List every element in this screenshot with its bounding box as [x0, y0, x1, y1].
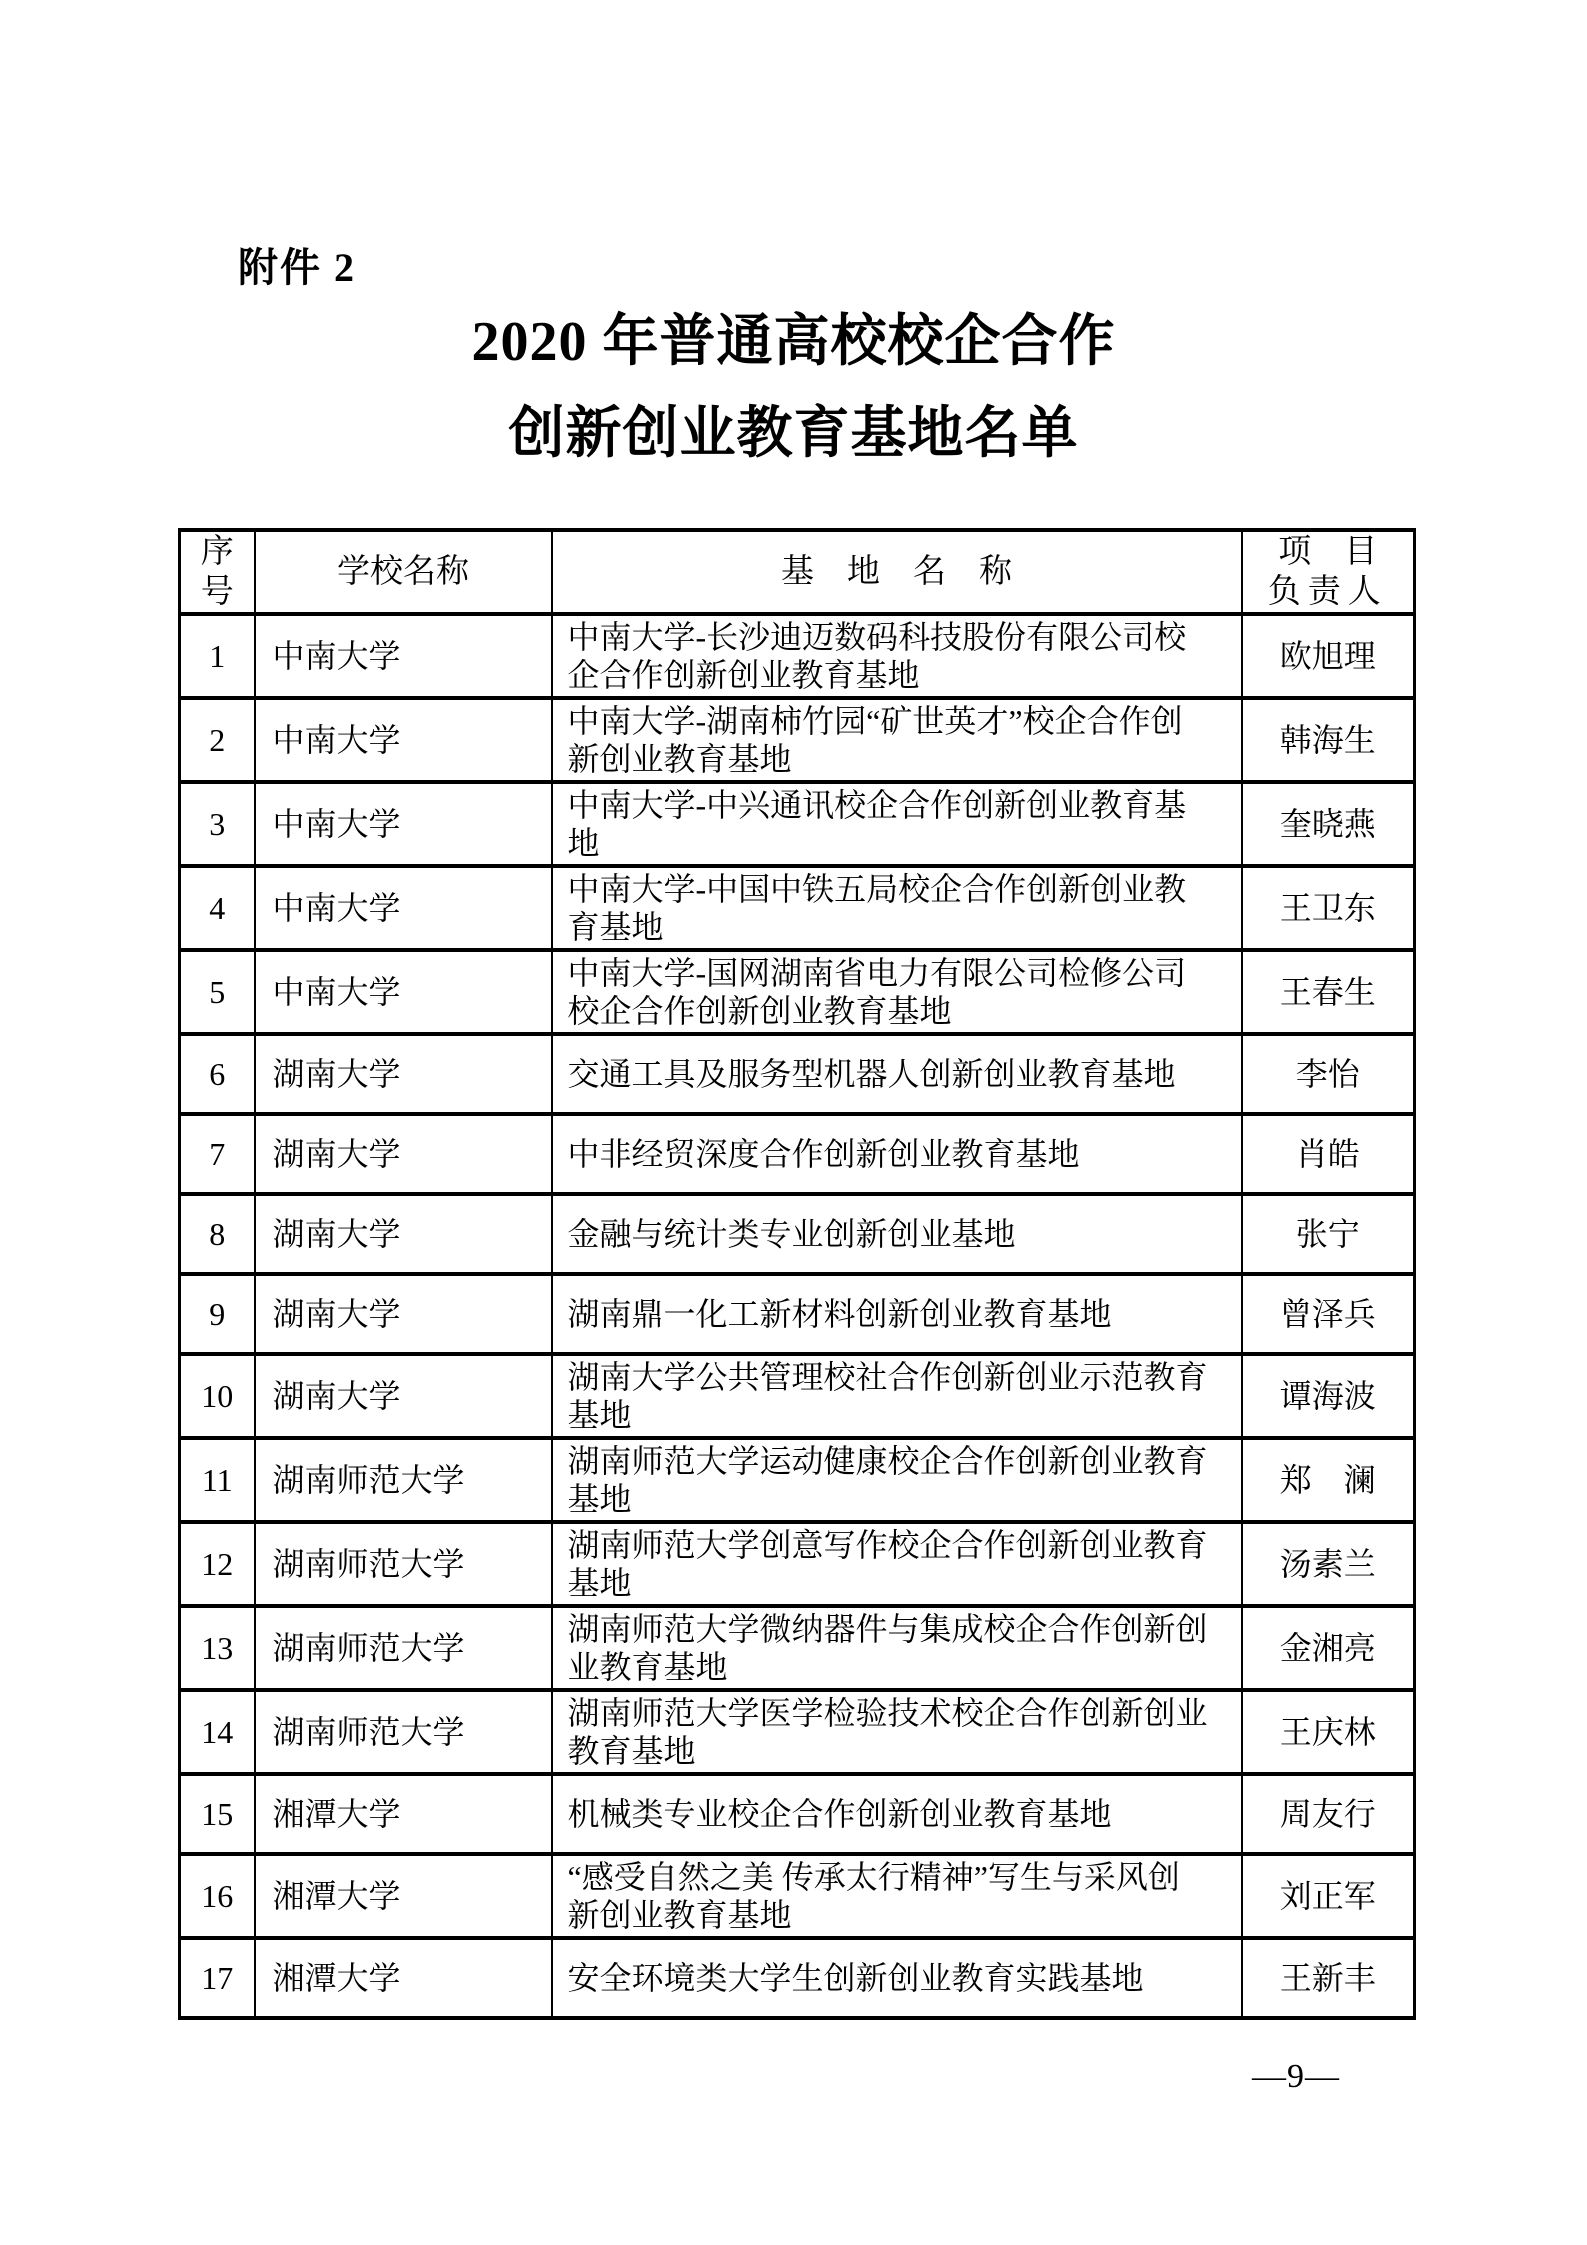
project-leader-cell: 韩海生: [1242, 698, 1415, 782]
project-leader-cell: 王春生: [1242, 950, 1415, 1034]
table-row: 14湖南师范大学湖南师范大学医学检验技术校企合作创新创业教育基地王庆林: [180, 1690, 1415, 1774]
row-number-cell: 3: [180, 782, 255, 866]
school-name-cell: 湖南大学: [255, 1114, 552, 1194]
base-name-cell: 湖南鼎一化工新材料创新创业教育基地: [552, 1274, 1242, 1354]
base-name-cell: 湖南大学公共管理校社合作创新创业示范教育基地: [552, 1354, 1242, 1438]
table-row: 16湘潭大学“感受自然之美 传承太行精神”写生与采风创新创业教育基地刘正军: [180, 1854, 1415, 1938]
school-name-cell: 湖南大学: [255, 1034, 552, 1114]
project-leader-cell: 周友行: [1242, 1774, 1415, 1854]
base-name-cell: 湖南师范大学运动健康校企合作创新创业教育基地: [552, 1438, 1242, 1522]
base-name-cell: 中南大学-长沙迪迈数码科技股份有限公司校企合作创新创业教育基地: [552, 614, 1242, 698]
bases-table: 序号学校名称基 地 名 称项 目负责人 1中南大学中南大学-长沙迪迈数码科技股份…: [178, 528, 1416, 2020]
project-leader-cell: 金湘亮: [1242, 1606, 1415, 1690]
table-row: 7湖南大学中非经贸深度合作创新创业教育基地肖皓: [180, 1114, 1415, 1194]
column-header-no: 序号: [180, 530, 255, 614]
base-name-cell: 湖南师范大学创意写作校企合作创新创业教育基地: [552, 1522, 1242, 1606]
school-name-cell: 中南大学: [255, 950, 552, 1034]
row-number-cell: 4: [180, 866, 255, 950]
column-header-line: 项 目: [1243, 532, 1414, 572]
base-name-cell: “感受自然之美 传承太行精神”写生与采风创新创业教育基地: [552, 1854, 1242, 1938]
school-name-cell: 湖南师范大学: [255, 1606, 552, 1690]
project-leader-cell: 肖皓: [1242, 1114, 1415, 1194]
row-number-cell: 8: [180, 1194, 255, 1274]
column-header-base: 基 地 名 称: [552, 530, 1242, 614]
column-header-line: 号: [181, 572, 254, 612]
school-name-cell: 中南大学: [255, 782, 552, 866]
project-leader-cell: 刘正军: [1242, 1854, 1415, 1938]
row-number-cell: 16: [180, 1854, 255, 1938]
column-header-school: 学校名称: [255, 530, 552, 614]
table-row: 2中南大学中南大学-湖南柿竹园“矿世英才”校企合作创新创业教育基地韩海生: [180, 698, 1415, 782]
page-number: —9—: [1252, 2058, 1340, 2096]
row-number-cell: 2: [180, 698, 255, 782]
project-leader-cell: 曾泽兵: [1242, 1274, 1415, 1354]
column-header-line: 基 地 名 称: [553, 552, 1241, 592]
column-header-line: 序: [181, 532, 254, 572]
base-name-cell: 中南大学-国网湖南省电力有限公司检修公司校企合作创新创业教育基地: [552, 950, 1242, 1034]
row-number-cell: 1: [180, 614, 255, 698]
table-row: 8湖南大学金融与统计类专业创新创业基地张宁: [180, 1194, 1415, 1274]
document-page: 附件 2 2020 年普通高校校企合作 创新创业教育基地名单 序号学校名称基 地…: [0, 0, 1587, 2245]
project-leader-cell: 郑 澜: [1242, 1438, 1415, 1522]
base-name-cell: 中南大学-湖南柿竹园“矿世英才”校企合作创新创业教育基地: [552, 698, 1242, 782]
table-row: 5中南大学中南大学-国网湖南省电力有限公司检修公司校企合作创新创业教育基地王春生: [180, 950, 1415, 1034]
table-body: 1中南大学中南大学-长沙迪迈数码科技股份有限公司校企合作创新创业教育基地欧旭理2…: [180, 614, 1415, 2018]
row-number-cell: 14: [180, 1690, 255, 1774]
table-row: 15湘潭大学机械类专业校企合作创新创业教育基地周友行: [180, 1774, 1415, 1854]
table-header: 序号学校名称基 地 名 称项 目负责人: [180, 530, 1415, 614]
row-number-cell: 6: [180, 1034, 255, 1114]
base-name-cell: 中非经贸深度合作创新创业教育基地: [552, 1114, 1242, 1194]
table-row: 10湖南大学湖南大学公共管理校社合作创新创业示范教育基地谭海波: [180, 1354, 1415, 1438]
base-name-cell: 金融与统计类专业创新创业基地: [552, 1194, 1242, 1274]
project-leader-cell: 谭海波: [1242, 1354, 1415, 1438]
project-leader-cell: 李怡: [1242, 1034, 1415, 1114]
school-name-cell: 湖南师范大学: [255, 1438, 552, 1522]
row-number-cell: 13: [180, 1606, 255, 1690]
school-name-cell: 湖南大学: [255, 1354, 552, 1438]
project-leader-cell: 王庆林: [1242, 1690, 1415, 1774]
row-number-cell: 10: [180, 1354, 255, 1438]
school-name-cell: 湖南师范大学: [255, 1690, 552, 1774]
attachment-label: 附件 2: [238, 236, 356, 293]
base-name-cell: 中南大学-中兴通讯校企合作创新创业教育基地: [552, 782, 1242, 866]
column-header-line: 负责人: [1243, 572, 1414, 612]
project-leader-cell: 汤素兰: [1242, 1522, 1415, 1606]
school-name-cell: 中南大学: [255, 866, 552, 950]
table-row: 13湖南师范大学湖南师范大学微纳器件与集成校企合作创新创业教育基地金湘亮: [180, 1606, 1415, 1690]
base-name-cell: 交通工具及服务型机器人创新创业教育基地: [552, 1034, 1242, 1114]
base-name-cell: 安全环境类大学生创新创业教育实践基地: [552, 1938, 1242, 2018]
school-name-cell: 湘潭大学: [255, 1854, 552, 1938]
table-row: 1中南大学中南大学-长沙迪迈数码科技股份有限公司校企合作创新创业教育基地欧旭理: [180, 614, 1415, 698]
row-number-cell: 7: [180, 1114, 255, 1194]
project-leader-cell: 欧旭理: [1242, 614, 1415, 698]
base-name-cell: 中南大学-中国中铁五局校企合作创新创业教育基地: [552, 866, 1242, 950]
doc-title-line2: 创新创业教育基地名单: [0, 388, 1587, 480]
table-row: 12湖南师范大学湖南师范大学创意写作校企合作创新创业教育基地汤素兰: [180, 1522, 1415, 1606]
row-number-cell: 17: [180, 1938, 255, 2018]
table-row: 11湖南师范大学湖南师范大学运动健康校企合作创新创业教育基地郑 澜: [180, 1438, 1415, 1522]
row-number-cell: 12: [180, 1522, 255, 1606]
table-row: 3中南大学中南大学-中兴通讯校企合作创新创业教育基地奎晓燕: [180, 782, 1415, 866]
base-name-cell: 湖南师范大学医学检验技术校企合作创新创业教育基地: [552, 1690, 1242, 1774]
project-leader-cell: 奎晓燕: [1242, 782, 1415, 866]
school-name-cell: 湖南大学: [255, 1194, 552, 1274]
project-leader-cell: 王新丰: [1242, 1938, 1415, 2018]
school-name-cell: 中南大学: [255, 698, 552, 782]
school-name-cell: 湘潭大学: [255, 1938, 552, 2018]
school-name-cell: 湖南师范大学: [255, 1522, 552, 1606]
school-name-cell: 中南大学: [255, 614, 552, 698]
column-header-line: 学校名称: [256, 552, 551, 592]
table-row: 6湖南大学交通工具及服务型机器人创新创业教育基地李怡: [180, 1034, 1415, 1114]
table-row: 9湖南大学湖南鼎一化工新材料创新创业教育基地曾泽兵: [180, 1274, 1415, 1354]
project-leader-cell: 张宁: [1242, 1194, 1415, 1274]
row-number-cell: 15: [180, 1774, 255, 1854]
table-row: 17湘潭大学安全环境类大学生创新创业教育实践基地王新丰: [180, 1938, 1415, 2018]
table-header-row: 序号学校名称基 地 名 称项 目负责人: [180, 530, 1415, 614]
column-header-leader: 项 目负责人: [1242, 530, 1415, 614]
school-name-cell: 湖南大学: [255, 1274, 552, 1354]
doc-title: 2020 年普通高校校企合作 创新创业教育基地名单: [0, 296, 1587, 480]
row-number-cell: 5: [180, 950, 255, 1034]
base-name-cell: 湖南师范大学微纳器件与集成校企合作创新创业教育基地: [552, 1606, 1242, 1690]
school-name-cell: 湘潭大学: [255, 1774, 552, 1854]
row-number-cell: 11: [180, 1438, 255, 1522]
doc-title-line1: 2020 年普通高校校企合作: [0, 296, 1587, 388]
project-leader-cell: 王卫东: [1242, 866, 1415, 950]
base-name-cell: 机械类专业校企合作创新创业教育基地: [552, 1774, 1242, 1854]
table-row: 4中南大学中南大学-中国中铁五局校企合作创新创业教育基地王卫东: [180, 866, 1415, 950]
row-number-cell: 9: [180, 1274, 255, 1354]
